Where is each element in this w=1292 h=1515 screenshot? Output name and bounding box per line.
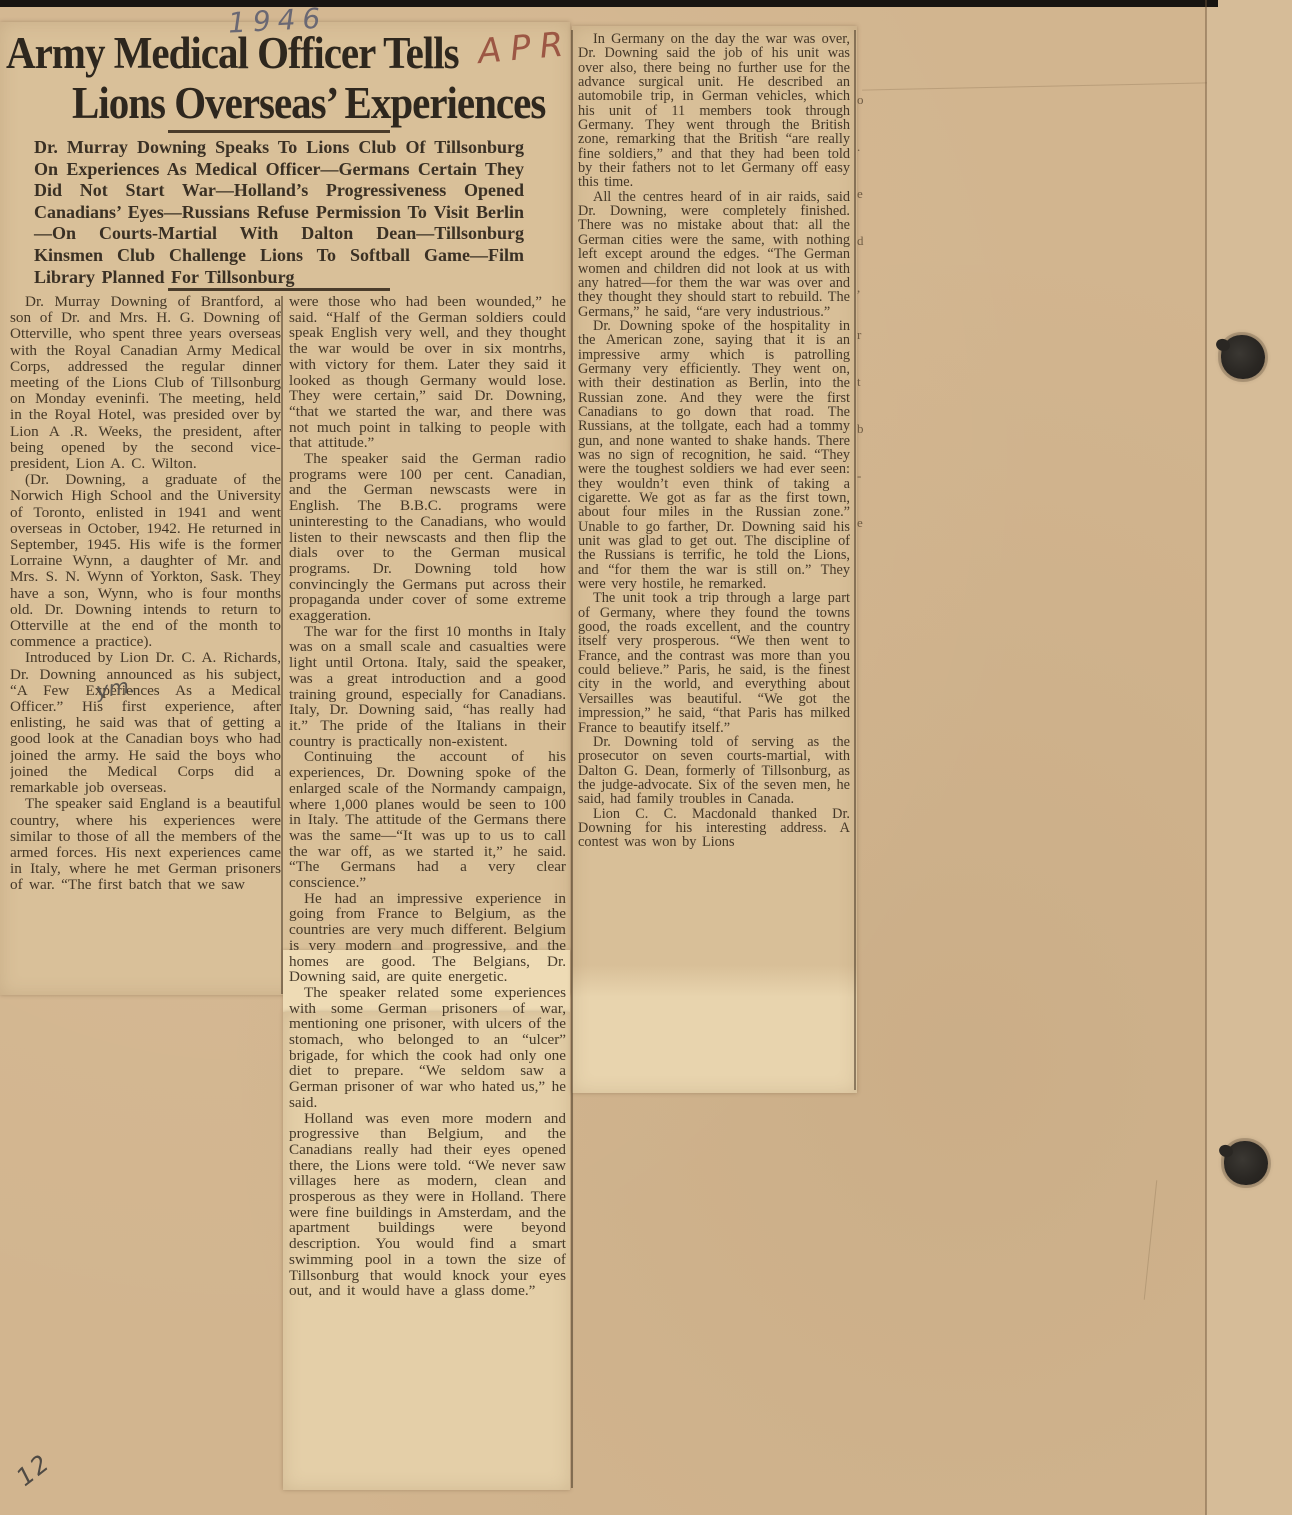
hole-punch-top bbox=[1221, 335, 1265, 379]
article-paragraph: d bbox=[857, 233, 869, 280]
article-paragraph: . bbox=[857, 139, 869, 186]
article-paragraph: The speaker said England is a beautiful … bbox=[10, 796, 281, 893]
hole-punch-bottom bbox=[1224, 1141, 1268, 1185]
clipped-letter-fragments: o.ed,rtb-e bbox=[857, 92, 869, 562]
article-paragraph: e bbox=[857, 186, 869, 233]
article-paragraph: The war for the first 10 months in Italy… bbox=[289, 624, 566, 750]
page-right-edge bbox=[1205, 0, 1207, 1515]
article-paragraph: t bbox=[857, 374, 869, 421]
handwritten-year: 1946 bbox=[227, 1, 328, 39]
headline-line-2: Lions Overseas’ Experiences bbox=[72, 80, 545, 126]
article-paragraph: o bbox=[857, 92, 869, 139]
article-subhead: Dr. Murray Downing Speaks To Lions Club … bbox=[34, 137, 524, 288]
article-paragraph: - bbox=[857, 468, 869, 515]
article-paragraph: He had an impressive experience in going… bbox=[289, 891, 566, 985]
article-column-3: In Germany on the day the war was over, … bbox=[578, 32, 850, 1090]
article-paragraph: All the centres heard of in air raids, s… bbox=[578, 190, 850, 319]
article-paragraph: Introduced by Lion Dr. C. A. Richards, D… bbox=[10, 650, 281, 796]
article-paragraph: Lion C. C. Macdonald thanked Dr. Downing… bbox=[578, 807, 850, 850]
page-crease bbox=[862, 82, 1207, 90]
article-paragraph: r bbox=[857, 327, 869, 374]
article-paragraph: The unit took a trip through a large par… bbox=[578, 591, 850, 734]
article-paragraph: , bbox=[857, 280, 869, 327]
column-rule-3 bbox=[854, 30, 856, 1090]
article-paragraph: were those who had been wounded,” he sai… bbox=[289, 294, 566, 451]
article-column-2: were those who had been wounded,” he sai… bbox=[289, 294, 566, 1490]
handwritten-page-number: 12 bbox=[11, 1448, 55, 1491]
article-paragraph: e bbox=[857, 515, 869, 562]
subhead-divider bbox=[168, 288, 390, 291]
headline-divider bbox=[168, 130, 390, 133]
article-column-1: Dr. Murray Downing of Brantford, a son o… bbox=[10, 294, 281, 995]
column-rule-1 bbox=[281, 296, 283, 994]
article-paragraph: Continuing the account of his experience… bbox=[289, 749, 566, 890]
column-rule-2 bbox=[571, 30, 573, 1488]
article-paragraph: (Dr. Downing, a graduate of the Norwich … bbox=[10, 472, 281, 650]
scrapbook-page: Army Medical Officer Tells Lions Oversea… bbox=[0, 0, 1206, 1515]
article-paragraph: b bbox=[857, 421, 869, 468]
handwritten-month: APR bbox=[476, 24, 574, 72]
article-paragraph: Dr. Murray Downing of Brantford, a son o… bbox=[10, 294, 281, 472]
article-paragraph: Dr. Downing spoke of the hospitality in … bbox=[578, 319, 850, 592]
article-paragraph: Holland was even more modern and progres… bbox=[289, 1111, 566, 1299]
photo-top-edge bbox=[0, 0, 1218, 7]
article-paragraph: Dr. Downing told of serving as the prose… bbox=[578, 735, 850, 807]
article-paragraph: The speaker said the German radio progra… bbox=[289, 451, 566, 624]
article-paragraph: The speaker related some experiences wit… bbox=[289, 985, 566, 1111]
page-crease bbox=[1144, 1180, 1158, 1299]
article-paragraph: In Germany on the day the war was over, … bbox=[578, 32, 850, 190]
